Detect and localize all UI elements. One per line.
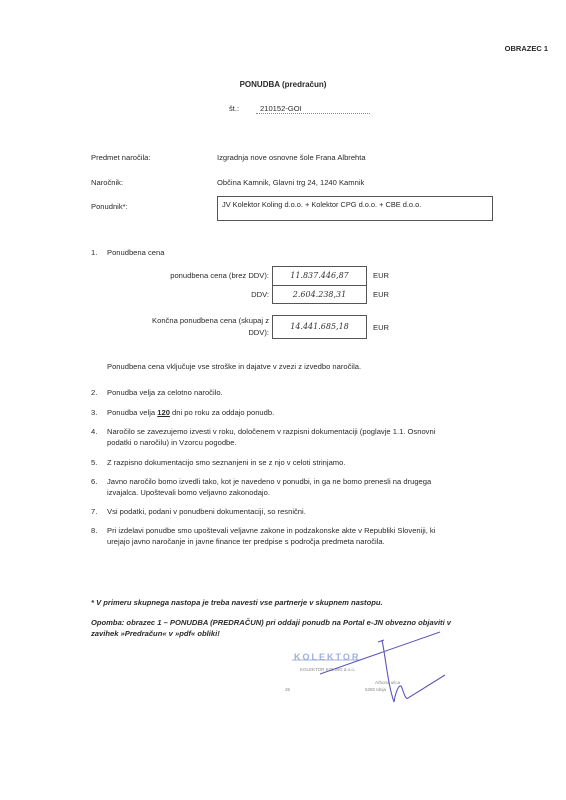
item-number: 6. <box>91 477 97 486</box>
bidder-field: JV Kolektor Koling d.o.o. + Kolektor CPG… <box>217 196 493 221</box>
validity-days: 120 <box>157 408 170 417</box>
form-label: OBRAZEC 1 <box>505 44 548 53</box>
list-item: Javno naročilo bomo izvedli tako, kot je… <box>107 476 431 498</box>
list-item: Ponudba velja 120 dni po roku za oddajo … <box>107 408 274 417</box>
item-line: Javno naročilo bomo izvedli tako, kot je… <box>107 476 431 487</box>
item-text: dni po roku za oddajo ponudb. <box>170 408 274 417</box>
net-price-field: 11.837.446,87 <box>272 266 367 286</box>
total-price-field: 14.441.685,18 <box>272 315 367 339</box>
asterisk-footnote: * V primeru skupnega nastopa je treba na… <box>91 598 383 607</box>
list-item: Vsi podatki, podani v ponudbeni dokument… <box>107 507 306 516</box>
bidder-label: Ponudnik*: <box>91 202 128 211</box>
item-line: izvajalca. Upoštevali bomo veljavno zako… <box>107 487 431 498</box>
vat-field: 2.604.238,31 <box>272 285 367 304</box>
number-label: št.: <box>229 104 239 113</box>
list-item: Pri izdelavi ponudbe smo upoštevali velj… <box>107 525 435 547</box>
item-number: 5. <box>91 458 97 467</box>
item-number: 2. <box>91 388 97 397</box>
document-title: PONUDBA (predračun) <box>0 80 566 89</box>
price-note: Ponudbena cena vključuje vse stroške in … <box>107 362 361 371</box>
list-item: Naročilo se zavezujemo izvesti v roku, d… <box>107 426 435 448</box>
net-currency: EUR <box>373 271 389 280</box>
item-number: 4. <box>91 427 97 436</box>
total-label-line1: Končna ponudbena cena (skupaj z <box>152 316 269 325</box>
list-item: Ponudba velja za celotno naročilo. <box>107 388 223 397</box>
item-number: 7. <box>91 507 97 516</box>
subject-label: Predmet naročila: <box>91 153 151 162</box>
item-text: Ponudba velja <box>107 408 157 417</box>
item-line: Naročilo se zavezujemo izvesti v roku, d… <box>107 426 435 437</box>
item-line: Pri izdelavi ponudbe smo upoštevali velj… <box>107 525 435 536</box>
list-item: Z razpisno dokumentacijo smo seznanjeni … <box>107 458 345 467</box>
item-number: 8. <box>91 526 97 535</box>
net-price-label: ponudbena cena (brez DDV): <box>170 271 269 280</box>
section-number: 1. <box>91 248 97 257</box>
total-currency: EUR <box>373 323 389 332</box>
client-value: Občina Kamnik, Glavni trg 24, 1240 Kamni… <box>217 178 364 187</box>
section-title: Ponudbena cena <box>107 248 164 257</box>
client-label: Naročnik: <box>91 178 123 187</box>
item-line: urejajo javno naročanje in javne finance… <box>107 536 435 547</box>
bidder-value: JV Kolektor Koling d.o.o. + Kolektor CPG… <box>222 200 421 209</box>
signature-stamp: KOLEKTOR KOLEKTOR KOLING d.o.o. Arbona u… <box>290 630 450 710</box>
subject-value: Izgradnja nove osnovne šole Frana Albreh… <box>217 153 366 162</box>
number-value: 210152-GOI <box>256 104 370 114</box>
total-label-line2: DDV): <box>248 328 269 337</box>
remark-line: Opomba: obrazec 1 – PONUDBA (PREDRAČUN) … <box>91 617 451 628</box>
vat-label: DDV: <box>251 290 269 299</box>
item-line: podatki o naročilu) in Vzorcu pogodbe. <box>107 437 435 448</box>
item-number: 3. <box>91 408 97 417</box>
vat-currency: EUR <box>373 290 389 299</box>
signature-icon <box>290 630 450 710</box>
